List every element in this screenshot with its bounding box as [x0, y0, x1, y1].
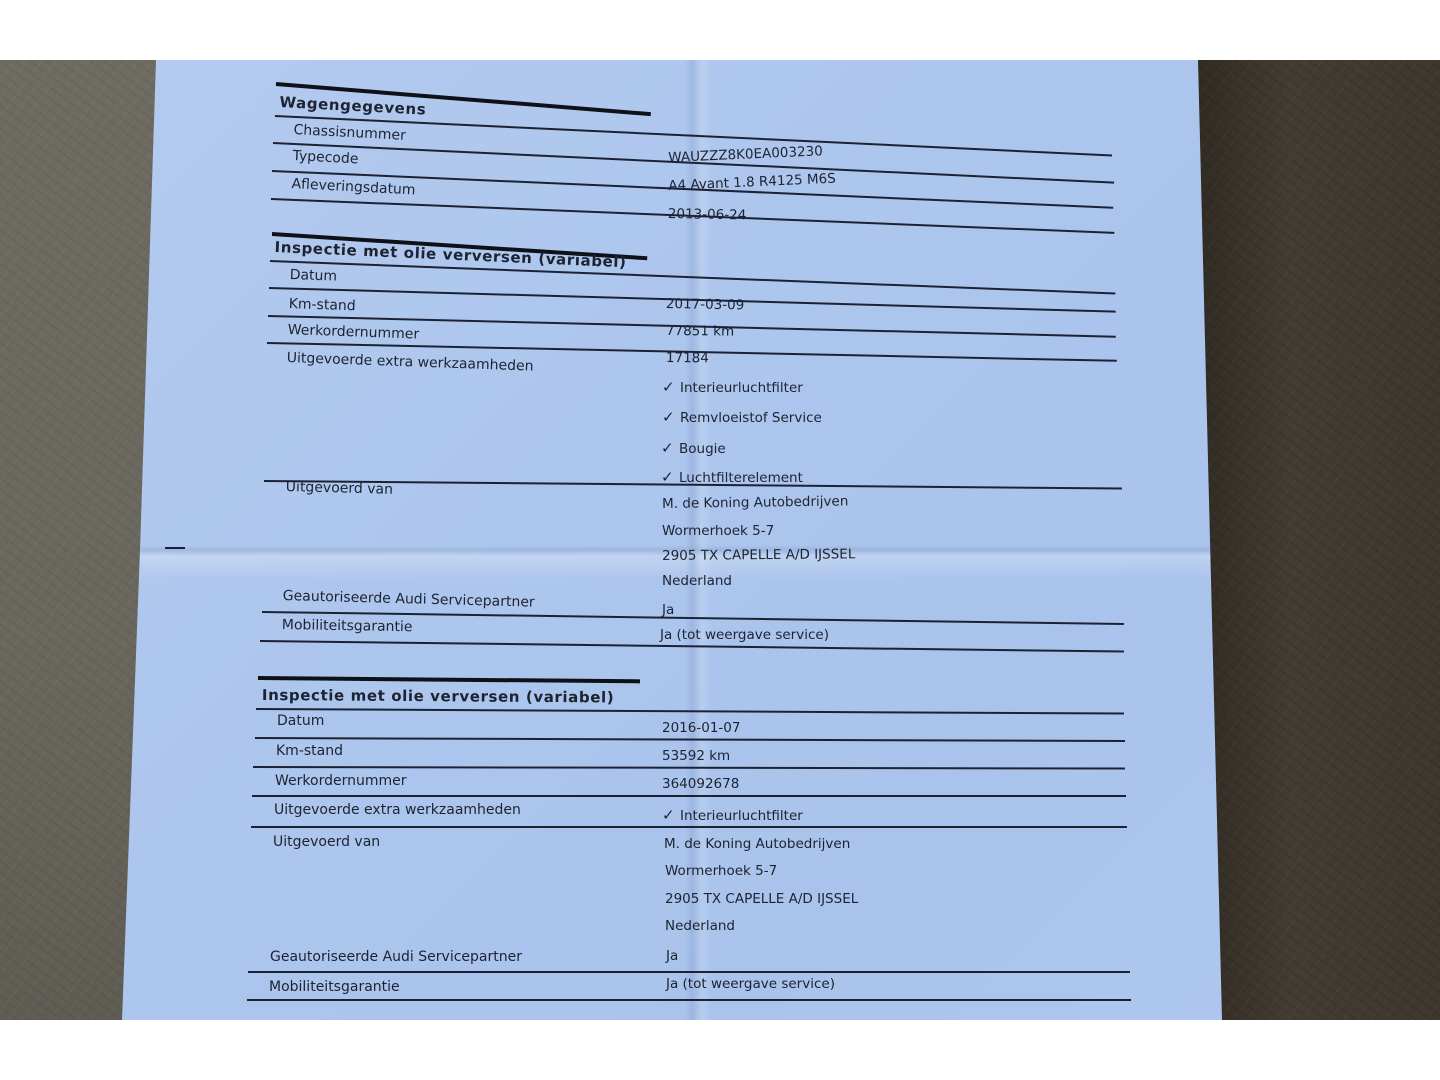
value-datum: 2016-01-07 — [662, 720, 740, 736]
row-divider — [247, 999, 1131, 1001]
label-werkordernummer: Werkordernummer — [275, 773, 406, 789]
checkmark-icon: ✓ — [662, 408, 680, 426]
label-extra-work: Uitgevoerde extra werkzaamheden — [286, 350, 533, 375]
performed-by-line: Wormerhoek 5-7 — [665, 863, 777, 879]
performed-by-line: 2905 TX CAPELLE A/D IJSSEL — [662, 546, 855, 564]
checkmark-icon: ✓ — [662, 806, 680, 824]
service-record-document: Wagengegevens Chassisnummer WAUZZZ8K0EA0… — [0, 60, 1440, 1020]
label-performed-by: Uitgevoerd van — [286, 479, 394, 498]
label-km-stand: Km-stand — [288, 296, 356, 314]
performed-by-line: Wormerhoek 5-7 — [662, 523, 774, 539]
performed-by-line: 2905 TX CAPELLE A/D IJSSEL — [665, 891, 858, 907]
value-authorized-partner: Ja — [662, 602, 674, 618]
label-typecode: Typecode — [292, 148, 359, 167]
value-werkordernummer: 364092678 — [662, 776, 739, 792]
label-mobility-guarantee: Mobiliteitsgarantie — [282, 617, 413, 635]
checkmark-icon: ✓ — [662, 378, 680, 396]
label-werkordernummer: Werkordernummer — [287, 322, 419, 343]
checkmark-icon: ✓ — [661, 439, 679, 457]
label-extra-work: Uitgevoerde extra werkzaamheden — [274, 802, 521, 818]
performed-by-line: M. de Koning Autobedrijven — [662, 493, 848, 512]
label-datum: Datum — [289, 267, 337, 285]
label-km-stand: Km-stand — [276, 743, 343, 759]
value-authorized-partner: Ja — [666, 948, 678, 964]
label-performed-by: Uitgevoerd van — [273, 834, 380, 850]
label-authorized-partner: Geautoriseerde Audi Servicepartner — [270, 949, 522, 965]
label-mobility-guarantee: Mobiliteitsgarantie — [269, 979, 400, 995]
performed-by-line: Nederland — [662, 573, 732, 589]
row-divider — [270, 260, 1115, 294]
performed-by-line: M. de Koning Autobedrijven — [664, 836, 850, 852]
extra-work-label: Bougie — [679, 441, 726, 457]
section-heading: Wagengegevens — [279, 93, 427, 119]
row-divider — [256, 708, 1124, 714]
label-afleveringsdatum: Afleveringsdatum — [291, 176, 416, 198]
extra-work-label: Remvloeistof Service — [680, 410, 822, 426]
label-chassisnummer: Chassisnummer — [293, 122, 406, 144]
performed-by-line: Nederland — [665, 918, 735, 934]
value-afleveringsdatum: 2013-06-24 — [668, 206, 747, 223]
row-divider — [252, 795, 1126, 797]
heading-bar — [258, 676, 640, 683]
extra-work-item: ✓Bougie — [661, 439, 726, 457]
value-datum: 2017-03-09 — [666, 296, 745, 313]
row-divider — [253, 766, 1125, 769]
value-km-stand: 53592 km — [662, 748, 730, 764]
extra-work-label: Interieurluchtfilter — [680, 808, 803, 824]
extra-work-item: ✓Remvloeistof Service — [662, 408, 822, 426]
value-mobility-guarantee: Ja (tot weergave service) — [666, 976, 835, 992]
value-chassisnummer: WAUZZZ8K0EA003230 — [668, 143, 823, 166]
extra-work-label: Interieurluchtfilter — [680, 380, 803, 396]
value-werkordernummer: 17184 — [666, 350, 709, 366]
extra-work-item: ✓Interieurluchtfilter — [662, 806, 803, 824]
value-mobility-guarantee: Ja (tot weergave service) — [660, 627, 829, 643]
section-heading: Inspectie met olie verversen (variabel) — [262, 686, 614, 706]
value-km-stand: 77851 km — [666, 323, 734, 340]
margin-mark — [165, 547, 185, 549]
extra-work-item: ✓Interieurluchtfilter — [662, 378, 803, 396]
row-divider — [251, 826, 1127, 828]
row-divider — [255, 737, 1125, 742]
label-authorized-partner: Geautoriseerde Audi Servicepartner — [283, 588, 535, 611]
label-datum: Datum — [277, 713, 324, 729]
row-divider — [248, 971, 1130, 973]
